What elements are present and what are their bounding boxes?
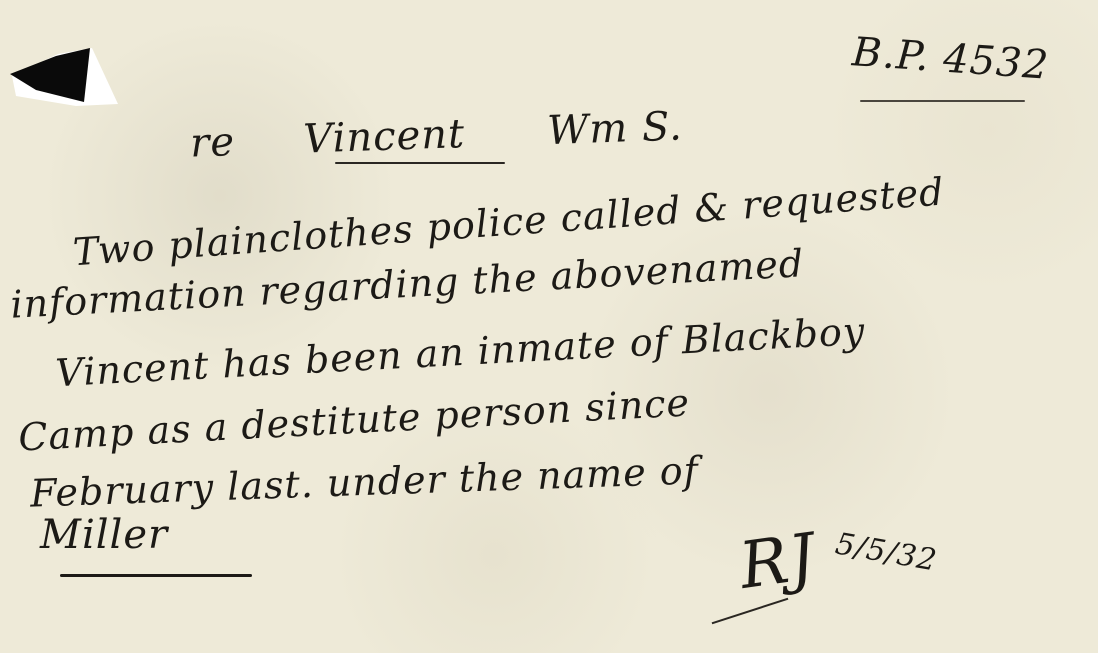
signature-initials: RJ (735, 520, 820, 604)
subject-suffix: Wm S. (546, 103, 683, 154)
subject-name: Vincent (303, 111, 466, 163)
torn-corner-hole (6, 42, 118, 106)
alias-name: Miller (40, 512, 168, 558)
subject-underline (335, 162, 505, 164)
subject-prefix: re (189, 119, 235, 167)
reference-underline (860, 100, 1025, 102)
alias-underline (60, 574, 252, 577)
